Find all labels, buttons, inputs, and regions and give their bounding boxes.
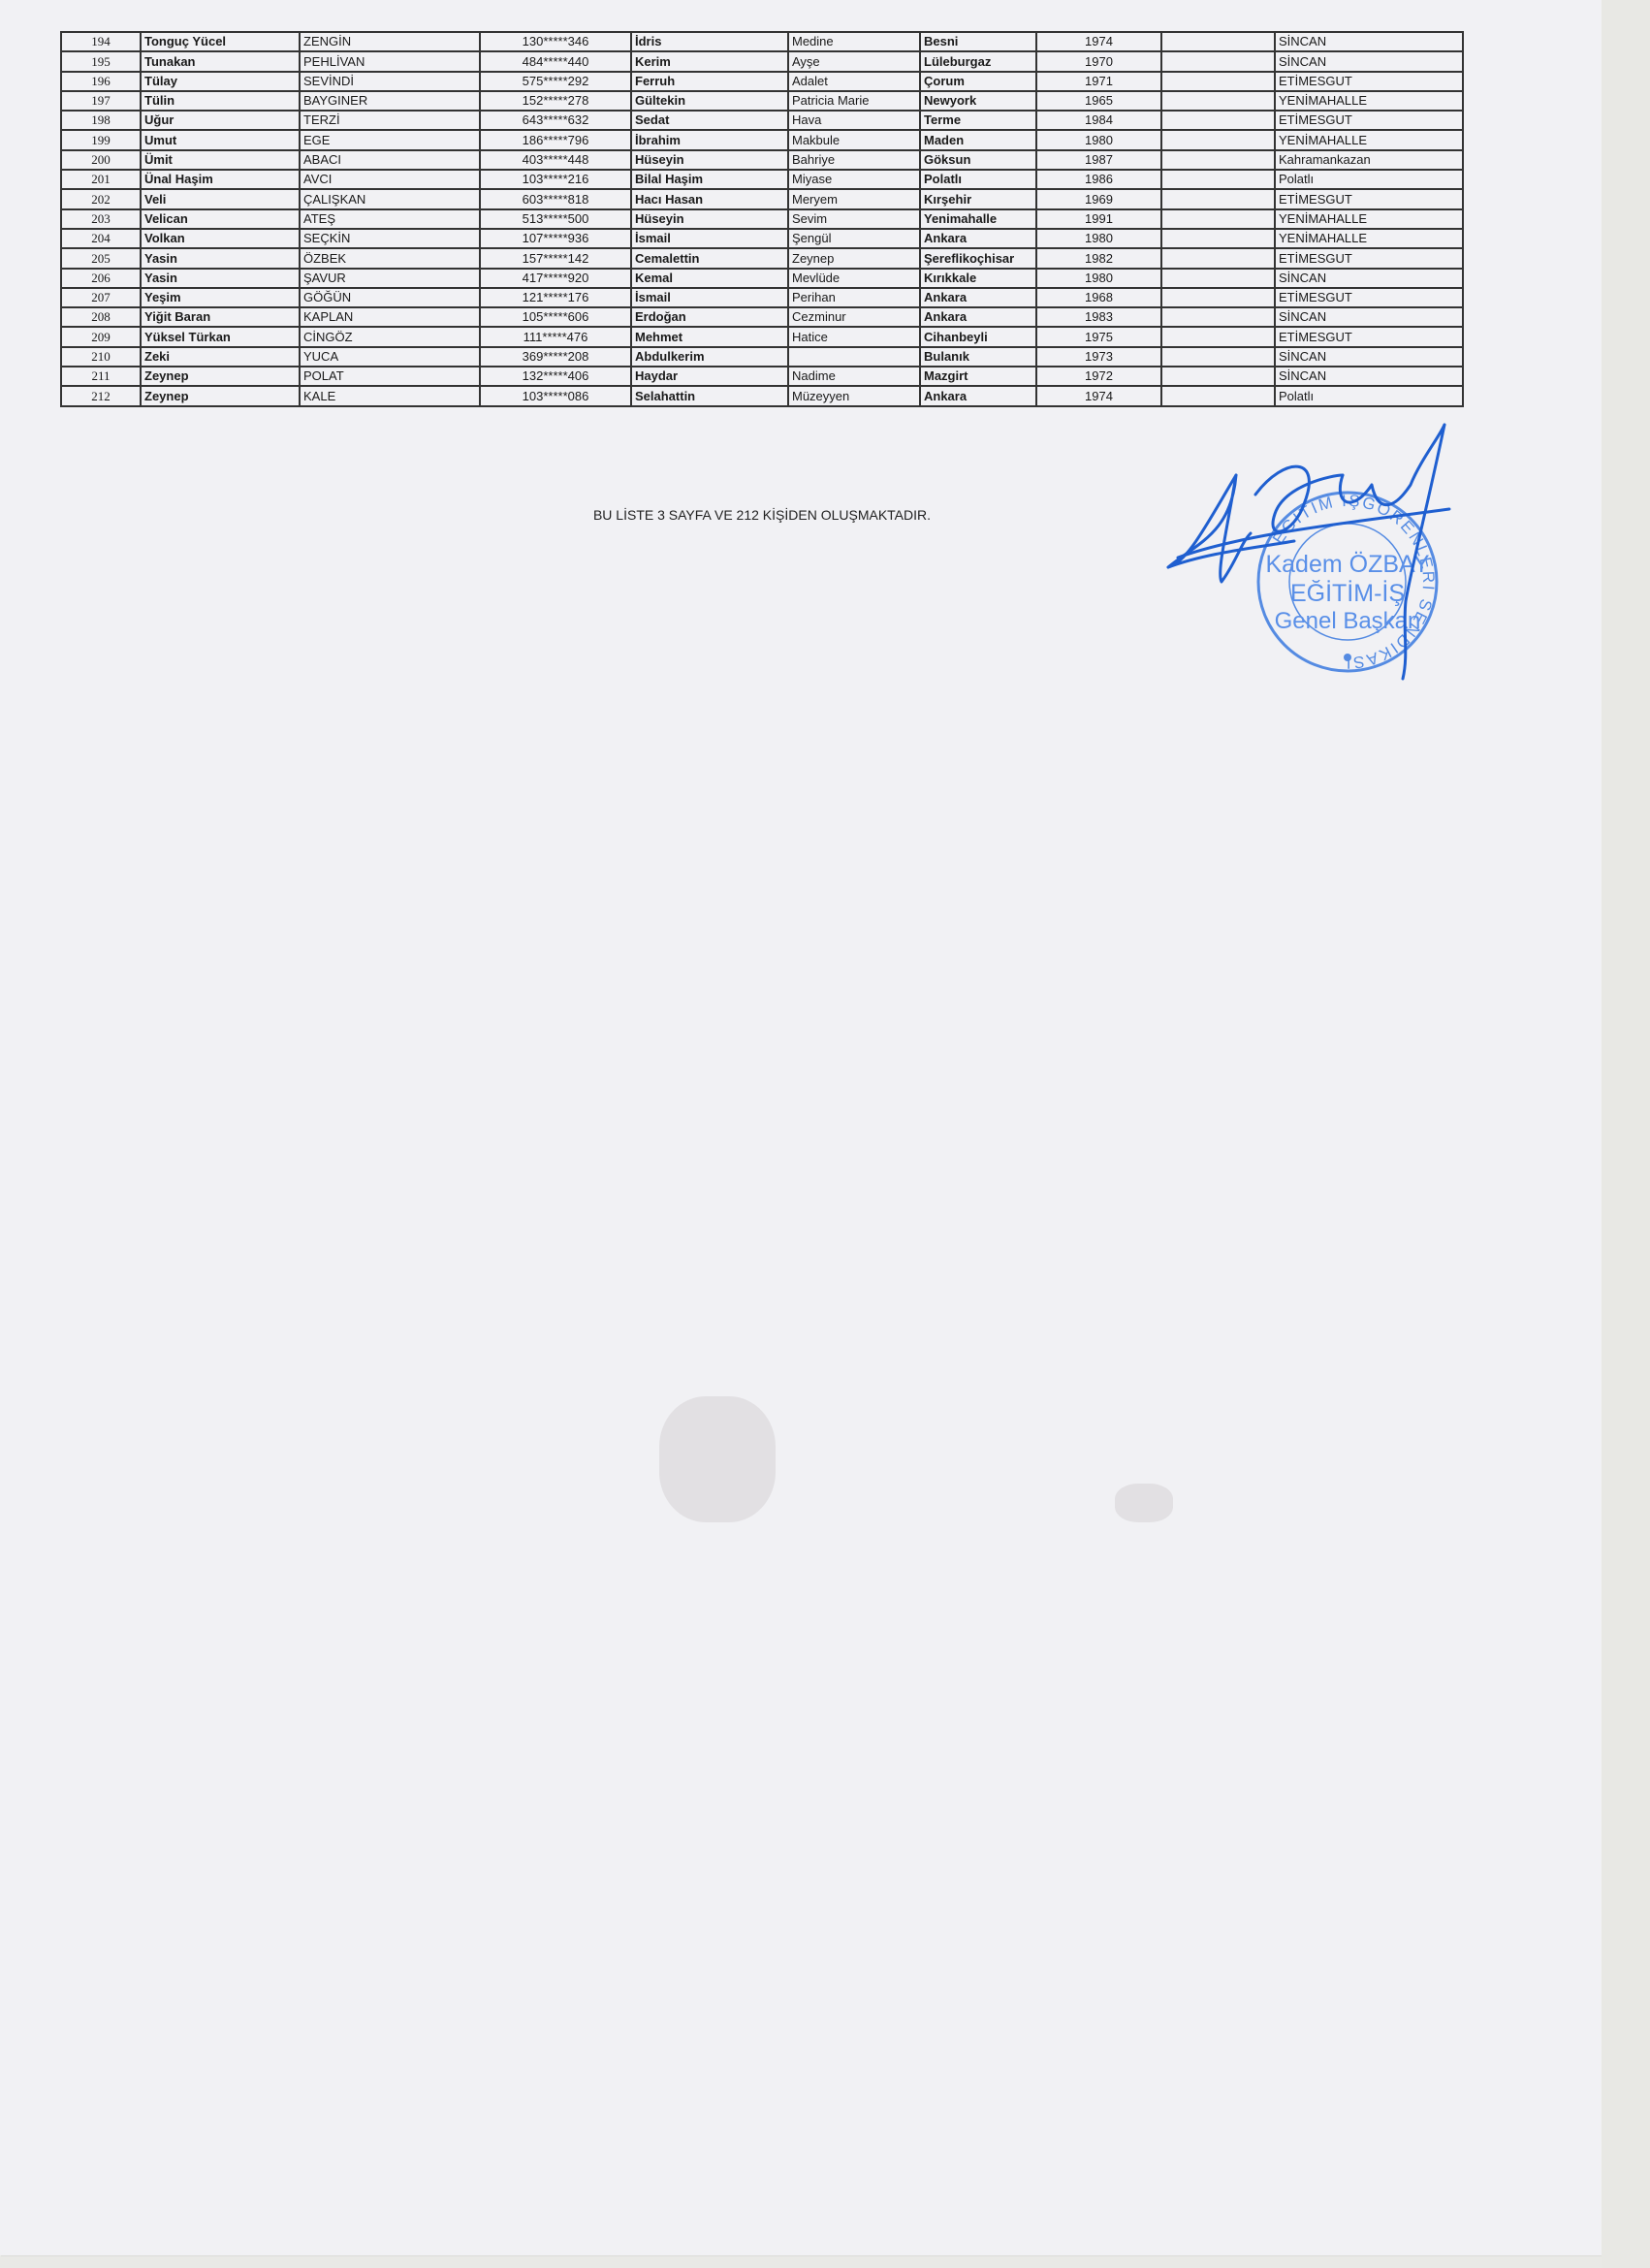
cell-mother: Zeynep [788, 248, 920, 268]
cell-no: 194 [61, 32, 141, 51]
cell-first-name: Yüksel Türkan [141, 327, 300, 346]
cell-birth-place: Ankara [920, 307, 1036, 327]
cell-tc: 484*****440 [480, 51, 631, 71]
cell-tc: 111*****476 [480, 327, 631, 346]
cell-father: Bilal Haşim [631, 170, 788, 189]
cell-no: 200 [61, 150, 141, 170]
cell-birth-place: Ankara [920, 229, 1036, 248]
table-row: 210ZekiYUCA369*****208AbdulkerimBulanık1… [61, 347, 1463, 367]
cell-mother: Mevlüde [788, 269, 920, 288]
cell-year: 1971 [1036, 72, 1161, 91]
cell-district: SİNCAN [1275, 347, 1463, 367]
cell-mother: Nadime [788, 367, 920, 386]
cell-last-name: SEVİNDİ [300, 72, 480, 91]
cell-father: İbrahim [631, 130, 788, 149]
cell-blank [1161, 72, 1275, 91]
cell-last-name: KALE [300, 386, 480, 405]
table-row: 207YeşimGÖĞÜN121*****176İsmailPerihanAnk… [61, 288, 1463, 307]
cell-first-name: Veli [141, 189, 300, 208]
cell-district: ETİMESGUT [1275, 111, 1463, 130]
cell-birth-place: Ankara [920, 288, 1036, 307]
cell-no: 212 [61, 386, 141, 405]
cell-birth-place: Polatlı [920, 170, 1036, 189]
cell-mother: Müzeyyen [788, 386, 920, 405]
cell-tc: 157*****142 [480, 248, 631, 268]
cell-no: 196 [61, 72, 141, 91]
cell-blank [1161, 327, 1275, 346]
table-row: 199UmutEGE186*****796İbrahimMakbuleMaden… [61, 130, 1463, 149]
cell-tc: 107*****936 [480, 229, 631, 248]
cell-no: 195 [61, 51, 141, 71]
cell-tc: 513*****500 [480, 209, 631, 229]
table-row: 201Ünal HaşimAVCI103*****216Bilal HaşimM… [61, 170, 1463, 189]
cell-last-name: ABACI [300, 150, 480, 170]
cell-first-name: Tülin [141, 91, 300, 111]
cell-first-name: Zeki [141, 347, 300, 367]
cell-birth-place: Lüleburgaz [920, 51, 1036, 71]
cell-first-name: Tunakan [141, 51, 300, 71]
cell-district: Polatlı [1275, 170, 1463, 189]
cell-father: Selahattin [631, 386, 788, 405]
table-row: 209Yüksel TürkanCİNGÖZ111*****476MehmetH… [61, 327, 1463, 346]
cell-year: 1982 [1036, 248, 1161, 268]
cell-father: Mehmet [631, 327, 788, 346]
cell-year: 1991 [1036, 209, 1161, 229]
cell-blank [1161, 170, 1275, 189]
cell-mother: Ayşe [788, 51, 920, 71]
cell-blank [1161, 130, 1275, 149]
cell-last-name: GÖĞÜN [300, 288, 480, 307]
cell-district: SİNCAN [1275, 307, 1463, 327]
cell-tc: 643*****632 [480, 111, 631, 130]
cell-birth-place: Newyork [920, 91, 1036, 111]
cell-first-name: Tülay [141, 72, 300, 91]
cell-mother: Hatice [788, 327, 920, 346]
table-row: 202VeliÇALIŞKAN603*****818Hacı HasanMery… [61, 189, 1463, 208]
cell-last-name: POLAT [300, 367, 480, 386]
cell-year: 1980 [1036, 269, 1161, 288]
cell-father: Ferruh [631, 72, 788, 91]
cell-district: ETİMESGUT [1275, 248, 1463, 268]
cell-birth-place: Çorum [920, 72, 1036, 91]
cell-year: 1965 [1036, 91, 1161, 111]
cell-first-name: Uğur [141, 111, 300, 130]
cell-mother [788, 347, 920, 367]
cell-year: 1980 [1036, 130, 1161, 149]
cell-tc: 369*****208 [480, 347, 631, 367]
cell-district: YENİMAHALLE [1275, 130, 1463, 149]
cell-mother: Cezminur [788, 307, 920, 327]
cell-mother: Makbule [788, 130, 920, 149]
cell-mother: Sevim [788, 209, 920, 229]
stamp-name: Kadem ÖZBAY [1265, 551, 1429, 578]
cell-first-name: Yasin [141, 269, 300, 288]
cell-father: Hüseyin [631, 209, 788, 229]
table-row: 195TunakanPEHLİVAN484*****440KerimAyşeLü… [61, 51, 1463, 71]
cell-year: 1980 [1036, 229, 1161, 248]
cell-district: ETİMESGUT [1275, 327, 1463, 346]
cell-father: İsmail [631, 288, 788, 307]
cell-no: 208 [61, 307, 141, 327]
cell-district: YENİMAHALLE [1275, 91, 1463, 111]
cell-blank [1161, 367, 1275, 386]
cell-last-name: KAPLAN [300, 307, 480, 327]
cell-no: 206 [61, 269, 141, 288]
cell-blank [1161, 248, 1275, 268]
cell-blank [1161, 150, 1275, 170]
scan-smudge [1115, 1484, 1173, 1522]
cell-blank [1161, 189, 1275, 208]
cell-tc: 417*****920 [480, 269, 631, 288]
cell-father: Erdoğan [631, 307, 788, 327]
cell-blank [1161, 51, 1275, 71]
cell-district: Kahramankazan [1275, 150, 1463, 170]
cell-district: SİNCAN [1275, 32, 1463, 51]
cell-father: Gültekin [631, 91, 788, 111]
cell-blank [1161, 111, 1275, 130]
cell-last-name: ZENGİN [300, 32, 480, 51]
cell-tc: 603*****818 [480, 189, 631, 208]
cell-tc: 103*****086 [480, 386, 631, 405]
cell-father: İsmail [631, 229, 788, 248]
cell-blank [1161, 288, 1275, 307]
cell-mother: Medine [788, 32, 920, 51]
cell-no: 201 [61, 170, 141, 189]
cell-district: ETİMESGUT [1275, 72, 1463, 91]
cell-last-name: EGE [300, 130, 480, 149]
cell-birth-place: Besni [920, 32, 1036, 51]
scanner-margin [1602, 0, 1650, 2268]
cell-mother: Şengül [788, 229, 920, 248]
cell-year: 1984 [1036, 111, 1161, 130]
cell-year: 1974 [1036, 32, 1161, 51]
cell-father: Kerim [631, 51, 788, 71]
cell-district: Polatlı [1275, 386, 1463, 405]
cell-tc: 132*****406 [480, 367, 631, 386]
cell-last-name: YUCA [300, 347, 480, 367]
cell-last-name: CİNGÖZ [300, 327, 480, 346]
scanned-page: 194Tonguç YücelZENGİN130*****346İdrisMed… [0, 0, 1602, 2255]
cell-mother: Adalet [788, 72, 920, 91]
table-row: 206YasinŞAVUR417*****920KemalMevlüdeKırı… [61, 269, 1463, 288]
table-row: 198UğurTERZİ643*****632SedatHavaTerme198… [61, 111, 1463, 130]
cell-year: 1973 [1036, 347, 1161, 367]
table-row: 194Tonguç YücelZENGİN130*****346İdrisMed… [61, 32, 1463, 51]
cell-mother: Perihan [788, 288, 920, 307]
stamp-org: EĞİTİM-İŞ [1290, 579, 1405, 607]
cell-tc: 105*****606 [480, 307, 631, 327]
cell-blank [1161, 91, 1275, 111]
cell-birth-place: Yenimahalle [920, 209, 1036, 229]
cell-first-name: Ümit [141, 150, 300, 170]
cell-first-name: Ünal Haşim [141, 170, 300, 189]
cell-district: ETİMESGUT [1275, 189, 1463, 208]
cell-year: 1972 [1036, 367, 1161, 386]
cell-first-name: Yeşim [141, 288, 300, 307]
cell-mother: Hava [788, 111, 920, 130]
table-row: 200ÜmitABACI403*****448HüseyinBahriyeGök… [61, 150, 1463, 170]
cell-year: 1974 [1036, 386, 1161, 405]
cell-last-name: SEÇKİN [300, 229, 480, 248]
cell-father: Hacı Hasan [631, 189, 788, 208]
cell-father: Sedat [631, 111, 788, 130]
cell-mother: Miyase [788, 170, 920, 189]
cell-first-name: Yasin [141, 248, 300, 268]
cell-birth-place: Mazgirt [920, 367, 1036, 386]
cell-first-name: Volkan [141, 229, 300, 248]
member-table: 194Tonguç YücelZENGİN130*****346İdrisMed… [60, 31, 1464, 407]
table-row: 205YasinÖZBEK157*****142CemalettinZeynep… [61, 248, 1463, 268]
cell-birth-place: Şereflikoçhisar [920, 248, 1036, 268]
cell-tc: 575*****292 [480, 72, 631, 91]
table-row: 204VolkanSEÇKİN107*****936İsmailŞengülAn… [61, 229, 1463, 248]
cell-no: 199 [61, 130, 141, 149]
cell-last-name: ŞAVUR [300, 269, 480, 288]
cell-year: 1987 [1036, 150, 1161, 170]
cell-blank [1161, 347, 1275, 367]
cell-year: 1969 [1036, 189, 1161, 208]
cell-district: YENİMAHALLE [1275, 229, 1463, 248]
cell-no: 211 [61, 367, 141, 386]
cell-no: 203 [61, 209, 141, 229]
cell-birth-place: Maden [920, 130, 1036, 149]
cell-first-name: Yiğit Baran [141, 307, 300, 327]
cell-birth-place: Göksun [920, 150, 1036, 170]
cell-last-name: ÇALIŞKAN [300, 189, 480, 208]
cell-birth-place: Ankara [920, 386, 1036, 405]
cell-blank [1161, 307, 1275, 327]
cell-last-name: AVCI [300, 170, 480, 189]
cell-tc: 403*****448 [480, 150, 631, 170]
cell-blank [1161, 269, 1275, 288]
cell-no: 205 [61, 248, 141, 268]
cell-no: 197 [61, 91, 141, 111]
table-row: 197TülinBAYGINER152*****278GültekinPatri… [61, 91, 1463, 111]
stamp-title: Genel Başkan [1275, 608, 1421, 634]
cell-year: 1968 [1036, 288, 1161, 307]
cell-father: Abdulkerim [631, 347, 788, 367]
cell-year: 1986 [1036, 170, 1161, 189]
cell-district: SİNCAN [1275, 51, 1463, 71]
cell-tc: 152*****278 [480, 91, 631, 111]
cell-first-name: Tonguç Yücel [141, 32, 300, 51]
cell-district: YENİMAHALLE [1275, 209, 1463, 229]
cell-last-name: BAYGINER [300, 91, 480, 111]
cell-father: Hüseyin [631, 150, 788, 170]
cell-no: 198 [61, 111, 141, 130]
scan-smudge [659, 1396, 776, 1522]
table-row: 196TülaySEVİNDİ575*****292FerruhAdaletÇo… [61, 72, 1463, 91]
cell-birth-place: Kırıkkale [920, 269, 1036, 288]
cell-last-name: PEHLİVAN [300, 51, 480, 71]
cell-birth-place: Bulanık [920, 347, 1036, 367]
cell-year: 1970 [1036, 51, 1161, 71]
cell-last-name: ÖZBEK [300, 248, 480, 268]
cell-blank [1161, 209, 1275, 229]
cell-last-name: TERZİ [300, 111, 480, 130]
cell-blank [1161, 229, 1275, 248]
cell-tc: 186*****796 [480, 130, 631, 149]
cell-no: 210 [61, 347, 141, 367]
cell-father: Cemalettin [631, 248, 788, 268]
cell-no: 204 [61, 229, 141, 248]
table-row: 212ZeynepKALE103*****086SelahattinMüzeyy… [61, 386, 1463, 405]
cell-blank [1161, 32, 1275, 51]
cell-mother: Bahriye [788, 150, 920, 170]
table-row: 208Yiğit BaranKAPLAN105*****606ErdoğanCe… [61, 307, 1463, 327]
table-row: 203VelicanATEŞ513*****500HüseyinSevimYen… [61, 209, 1463, 229]
cell-tc: 121*****176 [480, 288, 631, 307]
cell-tc: 130*****346 [480, 32, 631, 51]
cell-first-name: Zeynep [141, 367, 300, 386]
cell-first-name: Zeynep [141, 386, 300, 405]
cell-district: ETİMESGUT [1275, 288, 1463, 307]
cell-blank [1161, 386, 1275, 405]
cell-first-name: Umut [141, 130, 300, 149]
table-row: 211ZeynepPOLAT132*****406HaydarNadimeMaz… [61, 367, 1463, 386]
official-stamp-signature: EĞİTİM İŞGÖRENLERİ SENDİKASI Kadem ÖZBAY… [1149, 417, 1469, 708]
cell-year: 1975 [1036, 327, 1161, 346]
cell-district: SİNCAN [1275, 269, 1463, 288]
cell-no: 202 [61, 189, 141, 208]
cell-district: SİNCAN [1275, 367, 1463, 386]
cell-mother: Meryem [788, 189, 920, 208]
cell-birth-place: Terme [920, 111, 1036, 130]
cell-first-name: Velican [141, 209, 300, 229]
cell-no: 207 [61, 288, 141, 307]
cell-father: Kemal [631, 269, 788, 288]
cell-birth-place: Kırşehir [920, 189, 1036, 208]
cell-father: Haydar [631, 367, 788, 386]
cell-last-name: ATEŞ [300, 209, 480, 229]
cell-year: 1983 [1036, 307, 1161, 327]
cell-tc: 103*****216 [480, 170, 631, 189]
cell-birth-place: Cihanbeyli [920, 327, 1036, 346]
table-body: 194Tonguç YücelZENGİN130*****346İdrisMed… [61, 32, 1463, 406]
cell-father: İdris [631, 32, 788, 51]
cell-no: 209 [61, 327, 141, 346]
cell-mother: Patricia Marie [788, 91, 920, 111]
